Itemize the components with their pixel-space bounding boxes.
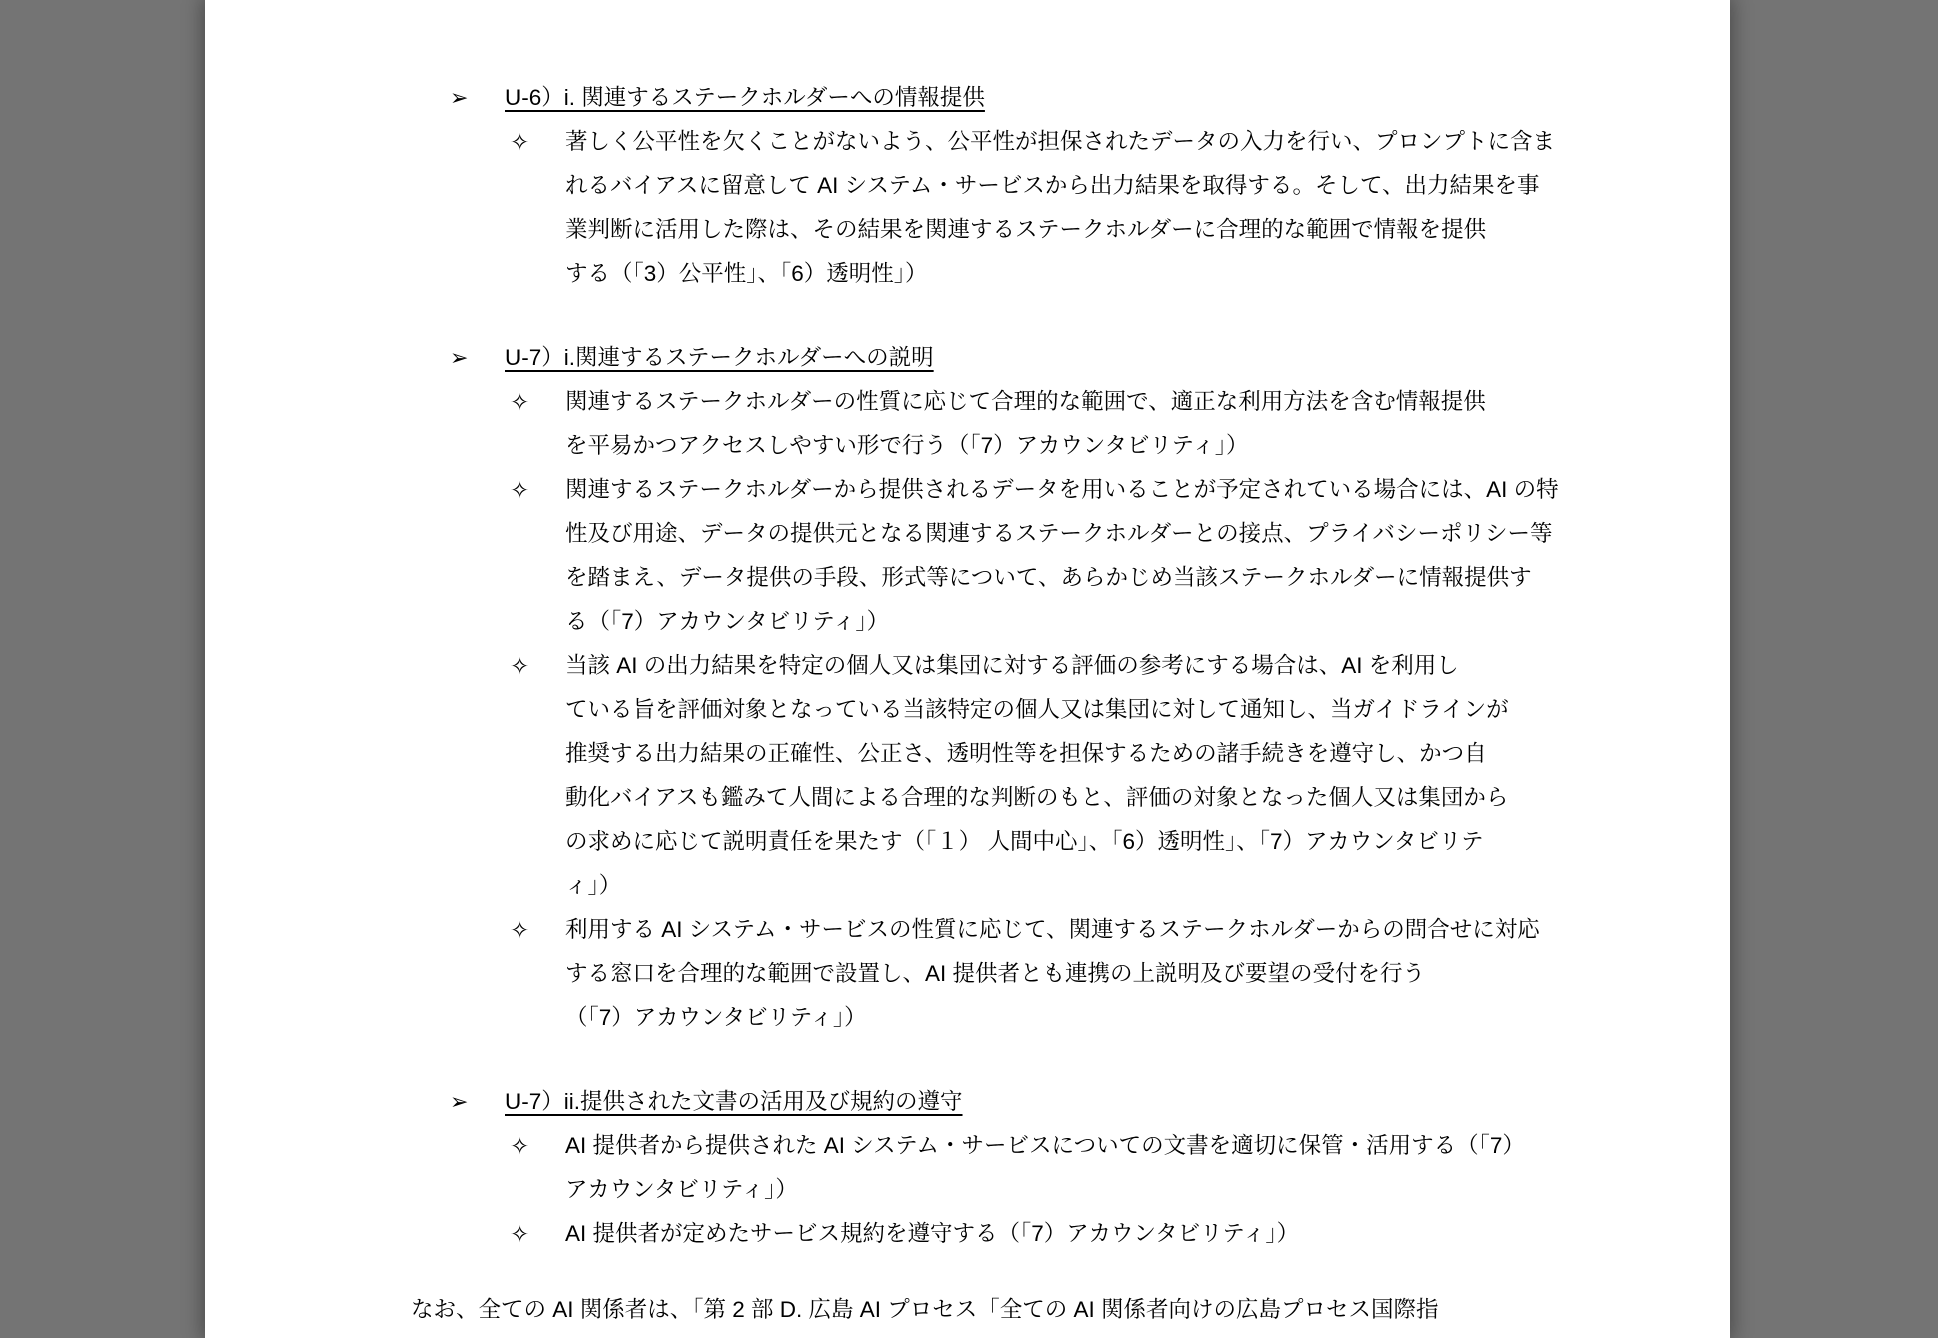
bullet-text-line: アカウンタビリティ」） bbox=[565, 1168, 1565, 1212]
bullet-text-line: 動化バイアスも鑑みて人間による合理的な判断のもと、評価の対象となった個人又は集団… bbox=[565, 776, 1565, 820]
bullet-text-line: AI 提供者が定めたサービス規約を遵守する（「7）アカウンタビリティ」） bbox=[565, 1212, 1565, 1256]
bullet-text: 当該 AI の出力結果を特定の個人又は集団に対する評価の参考にする場合は、AI … bbox=[565, 644, 1565, 908]
section-heading: U-7）ii.提供された文書の活用及び規約の遵守 bbox=[505, 1080, 963, 1124]
bullet-text-line: ている旨を評価対象となっている当該特定の個人又は集団に対して通知し、当ガイドライ… bbox=[565, 688, 1565, 732]
diamond-bullet-icon: ✧ bbox=[510, 468, 565, 512]
document-section: ➢U-7）i.関連するステークホルダーへの説明✧関連するステークホルダーの性質に… bbox=[450, 336, 1730, 1040]
bullet-text: 利用する AI システム・サービスの性質に応じて、関連するステークホルダーからの… bbox=[565, 908, 1565, 1040]
bullet-text: 関連するステークホルダーから提供されるデータを用いることが予定されている場合には… bbox=[565, 468, 1565, 644]
bullet-text-line: る（「7）アカウンタビリティ」） bbox=[565, 600, 1565, 644]
bullet-text-line: する窓口を合理的な範囲で設置し、AI 提供者とも連携の上説明及び要望の受付を行う bbox=[565, 952, 1565, 996]
bullet-text-line: 推奨する出力結果の正確性、公正さ、透明性等を担保するための諸手続きを遵守し、かつ… bbox=[565, 732, 1565, 776]
section-heading: U-6）i. 関連するステークホルダーへの情報提供 bbox=[505, 76, 985, 120]
diamond-bullet-icon: ✧ bbox=[510, 1124, 565, 1168]
bullet-text-line: の求めに応じて説明責任を果たす（「１） 人間中心」、「6）透明性」、「7）アカウ… bbox=[565, 820, 1565, 864]
bullet-text-line: を平易かつアクセスしやすい形で行う（「7）アカウンタビリティ」） bbox=[565, 424, 1565, 468]
section-heading-row: ➢U-6）i. 関連するステークホルダーへの情報提供 bbox=[450, 76, 1730, 120]
bullet-text-line: 業判断に活用した際は、その結果を関連するステークホルダーに合理的な範囲で情報を提… bbox=[565, 208, 1565, 252]
pdf-viewer-background: ➢U-6）i. 関連するステークホルダーへの情報提供✧著しく公平性を欠くことがな… bbox=[0, 0, 1938, 1338]
section-heading-row: ➢U-7）i.関連するステークホルダーへの説明 bbox=[450, 336, 1730, 380]
bullet-item: ✧利用する AI システム・サービスの性質に応じて、関連するステークホルダーから… bbox=[510, 908, 1730, 1040]
bullet-text-line: 当該 AI の出力結果を特定の個人又は集団に対する評価の参考にする場合は、AI … bbox=[565, 644, 1565, 688]
bullet-item: ✧当該 AI の出力結果を特定の個人又は集団に対する評価の参考にする場合は、AI… bbox=[510, 644, 1730, 908]
diamond-bullet-icon: ✧ bbox=[510, 120, 565, 164]
bullet-text-line: 関連するステークホルダーから提供されるデータを用いることが予定されている場合には… bbox=[565, 468, 1565, 512]
bullet-text-line: 性及び用途、データの提供元となる関連するステークホルダーとの接点、プライバシーポ… bbox=[565, 512, 1565, 556]
bullet-text-line: する（「3）公平性」、「6）透明性」） bbox=[565, 252, 1565, 296]
body-paragraph: なお、全ての AI 関係者は、「第 2 部 D. 広島 AI プロセス「全ての … bbox=[411, 1288, 1730, 1332]
bullet-text: 著しく公平性を欠くことがないよう、公平性が担保されたデータの入力を行い、プロンプ… bbox=[565, 120, 1565, 296]
document-page: ➢U-6）i. 関連するステークホルダーへの情報提供✧著しく公平性を欠くことがな… bbox=[205, 0, 1730, 1338]
diamond-bullet-icon: ✧ bbox=[510, 908, 565, 952]
bullet-text: AI 提供者から提供された AI システム・サービスについての文書を適切に保管・… bbox=[565, 1124, 1565, 1212]
bullet-text-line: （「7）アカウンタビリティ」） bbox=[565, 996, 1565, 1040]
arrow-bullet-icon: ➢ bbox=[450, 76, 505, 120]
bullet-item: ✧関連するステークホルダーの性質に応じて合理的な範囲で、適正な利用方法を含む情報… bbox=[510, 380, 1730, 468]
document-section: ➢U-7）ii.提供された文書の活用及び規約の遵守✧AI 提供者から提供された … bbox=[450, 1080, 1730, 1256]
diamond-bullet-icon: ✧ bbox=[510, 380, 565, 424]
bullet-text-line: れるバイアスに留意して AI システム・サービスから出力結果を取得する。そして、… bbox=[565, 164, 1565, 208]
document-content: ➢U-6）i. 関連するステークホルダーへの情報提供✧著しく公平性を欠くことがな… bbox=[450, 76, 1730, 1332]
bullet-item: ✧関連するステークホルダーから提供されるデータを用いることが予定されている場合に… bbox=[510, 468, 1730, 644]
bullet-text-line: を踏まえ、データ提供の手段、形式等について、あらかじめ当該ステークホルダーに情報… bbox=[565, 556, 1565, 600]
bullet-text-line: ィ」） bbox=[565, 864, 1565, 908]
bullet-text: AI 提供者が定めたサービス規約を遵守する（「7）アカウンタビリティ」） bbox=[565, 1212, 1565, 1256]
bullet-item: ✧著しく公平性を欠くことがないよう、公平性が担保されたデータの入力を行い、プロン… bbox=[510, 120, 1730, 296]
bullet-item: ✧AI 提供者が定めたサービス規約を遵守する（「7）アカウンタビリティ」） bbox=[510, 1212, 1730, 1256]
bullet-text: 関連するステークホルダーの性質に応じて合理的な範囲で、適正な利用方法を含む情報提… bbox=[565, 380, 1565, 468]
bullet-text-line: 利用する AI システム・サービスの性質に応じて、関連するステークホルダーからの… bbox=[565, 908, 1565, 952]
section-heading: U-7）i.関連するステークホルダーへの説明 bbox=[505, 336, 934, 380]
document-section: ➢U-6）i. 関連するステークホルダーへの情報提供✧著しく公平性を欠くことがな… bbox=[450, 76, 1730, 296]
bullet-item: ✧AI 提供者から提供された AI システム・サービスについての文書を適切に保管… bbox=[510, 1124, 1730, 1212]
arrow-bullet-icon: ➢ bbox=[450, 336, 505, 380]
arrow-bullet-icon: ➢ bbox=[450, 1080, 505, 1124]
diamond-bullet-icon: ✧ bbox=[510, 1212, 565, 1256]
bullet-text-line: 著しく公平性を欠くことがないよう、公平性が担保されたデータの入力を行い、プロンプ… bbox=[565, 120, 1565, 164]
bullet-text-line: AI 提供者から提供された AI システム・サービスについての文書を適切に保管・… bbox=[565, 1124, 1565, 1168]
diamond-bullet-icon: ✧ bbox=[510, 644, 565, 688]
section-heading-row: ➢U-7）ii.提供された文書の活用及び規約の遵守 bbox=[450, 1080, 1730, 1124]
bullet-text-line: 関連するステークホルダーの性質に応じて合理的な範囲で、適正な利用方法を含む情報提… bbox=[565, 380, 1565, 424]
